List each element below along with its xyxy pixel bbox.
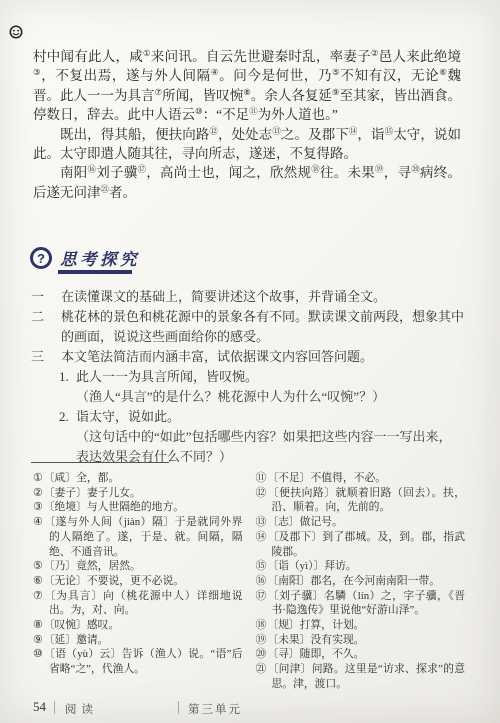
smiley-face-icon: [9, 25, 23, 39]
footnote-reference: ②: [371, 48, 379, 58]
lesson-paragraph: 南阳⑯刘子骥⑰，高尚士也，闻之，欣然规⑱往。未果⑲，寻⑳病终。后遂无问津㉑者。: [33, 163, 461, 202]
footnote-reference: ①: [143, 48, 151, 58]
footnote-reference: ⑥: [439, 67, 447, 77]
footnote-reference: ⑬: [272, 126, 281, 136]
footnote-number: ②: [33, 487, 44, 499]
footer-unit-label: 第三单元: [188, 701, 242, 717]
page-footer: 54 阅读 第三单元: [33, 698, 467, 716]
footnote-item: ⑯〔南阳〕郡名，在今河南南阳一带。: [256, 574, 466, 589]
title-underline: [58, 270, 132, 274]
footnote-item: ⑮〔诣（yì）〕拜访。: [256, 559, 466, 574]
footnote-reference: ⑤: [332, 67, 340, 77]
footnote-item: ⑲〔未果〕没有实现。: [256, 633, 466, 648]
footnote-reference: ⑪: [249, 106, 258, 116]
footnote-item: ⑤〔乃〕竟然，居然。: [33, 559, 243, 574]
footnote-number: ⑯: [256, 575, 268, 587]
sub-question-hint: （这句话中的“如此”包括哪些内容？如果把这些内容一一写出来，表达效果会有什么不同…: [76, 427, 464, 467]
footnote-number: ⑱: [256, 619, 268, 631]
lesson-paragraph: 既出，得其船，便扶向路⑫，处处志⑬之。及郡下⑭，诣⑮太守，说如此。太守即遣人随其…: [33, 125, 461, 164]
footnote-number: ①: [33, 472, 44, 484]
smiley-face-icon: [9, 25, 23, 39]
footnote-item: ⑭〔及郡下〕到了郡城。及，到。郡，指武陵郡。: [256, 530, 466, 559]
footnote-reference: ⑲: [375, 164, 384, 174]
footnote-number: ⑮: [256, 560, 268, 572]
footnote-item: ⑬〔志〕做记号。: [256, 515, 466, 530]
footnote-reference: ⑱: [311, 164, 320, 174]
footnote-number: ㉑: [256, 663, 268, 675]
question-item: 二桃花林的景色和桃花源中的景象各有不同。默读课文前两段，想象其中的画面，说说这些…: [30, 307, 464, 347]
footnote-reference: ⑯: [88, 164, 97, 174]
footnote-number: ⑧: [33, 619, 44, 631]
question-marker: 二: [31, 307, 45, 327]
footnote-number: ⑪: [256, 472, 268, 484]
footnote-item: ⑥〔无论〕不要说，更不必说。: [33, 574, 243, 589]
footnote-item: ⑦〔为具言〕向（桃花源中人）详细地说出。为，对、向。: [33, 589, 243, 618]
lesson-paragraph: 村中闻有此人，咸①来问讯。自云先世避秦时乱，率妻子②邑人来此绝境③，不复出焉，遂…: [33, 47, 461, 125]
footnote-number: ⑦: [33, 590, 45, 602]
footnote-reference: ㉑: [101, 184, 110, 194]
footnote-reference: ④: [211, 67, 219, 77]
page-number: 54: [33, 699, 46, 715]
footnote-reference: ⑧: [243, 87, 251, 97]
footnote-reference: ⑭: [349, 126, 358, 136]
question-list: 一在读懂课文的基础上，简要讲述这个故事，并背诵全文。二桃花林的景色和桃花源中的景…: [30, 287, 464, 467]
explore-section-title: 思考探究: [60, 246, 140, 270]
footnote-number: ⑤: [33, 560, 44, 572]
sub-question-text: 诣太守，说如此。: [76, 409, 180, 424]
footnote-item: ②〔妻子〕妻子儿女。: [33, 486, 243, 501]
question-text: 本文笔法简洁而内涵丰富，试依据课文内容回答问题。: [61, 349, 373, 364]
footnote-item: ⑩〔语（yù）云〕告诉（渔人）说。“语”后省略“之”，代渔人。: [33, 647, 243, 676]
footnote-item: ⑪〔不足〕不值得，不必。: [256, 471, 466, 486]
footnote-item: ①〔咸〕全，都。: [33, 471, 243, 486]
question-marker: 一: [31, 287, 45, 307]
footnote-number: ⑬: [256, 516, 268, 528]
footnote-reference: ⑳: [411, 164, 420, 174]
question-text: 在读懂课文的基础上，简要讲述这个故事，并背诵全文。: [61, 289, 386, 304]
footnote-item: ㉑〔问津〕问路。这里是“访求、探求”的意思。津，渡口。: [256, 662, 466, 691]
footnote-item: ③〔绝境〕与人世隔绝的地方。: [33, 500, 243, 515]
footnote-item: ⑫〔便扶向路〕就顺着旧路（回去）。扶，沿、顺着。向，先前的。: [256, 486, 466, 515]
footnote-item: ⑰〔刘子骥〕名驎（lín）之，字子骥，《晋书·隐逸传》里说他“好游山泽”。: [256, 589, 466, 618]
footer-section-label: 阅读: [65, 701, 98, 717]
sub-question-item: 1.此人一一为具言所闻，皆叹惋。（渔人“具言”的是什么？桃花源中人为什么“叹惋”…: [59, 367, 464, 407]
footnote-number: ⑫: [256, 487, 268, 499]
footnote-item: ④〔遂与外人间（jiàn）隔〕于是就同外界的人隔绝了。遂，于是、就。间隔，隔绝、…: [33, 515, 243, 559]
question-item: 一在读懂课文的基础上，简要讲述这个故事，并背诵全文。: [30, 287, 464, 307]
question-text: 桃花林的景色和桃花源中的景象各有不同。默读课文前两段，想象其中的画面，说说这些画…: [61, 309, 464, 344]
footnote-reference: ③: [33, 67, 41, 77]
footnote-number: ④: [33, 516, 44, 528]
sub-question-text: 此人一一为具言所闻，皆叹惋。: [76, 369, 258, 384]
footnote-number: ⑰: [256, 590, 268, 602]
footnote-item: ⑳〔寻〕随即，不久。: [256, 647, 466, 662]
footnote-number: ③: [33, 501, 44, 513]
footnote-item: ⑱〔规〕打算，计划。: [256, 618, 466, 633]
footnotes-right-column: ⑪〔不足〕不值得，不必。⑫〔便扶向路〕就顺着旧路（回去）。扶，沿、顺着。向，先前…: [256, 471, 466, 692]
question-marker: 三: [31, 347, 45, 367]
footnote-reference: ⑨: [332, 87, 340, 97]
footnote-number: ⑭: [256, 531, 268, 543]
footnote-reference: ⑮: [385, 126, 394, 136]
footnote-number: ⑳: [256, 648, 268, 660]
footnote-reference: ⑫: [209, 126, 218, 136]
footnotes-left-column: ①〔咸〕全，都。②〔妻子〕妻子儿女。③〔绝境〕与人世隔绝的地方。④〔遂与外人间（…: [33, 471, 243, 692]
footnote-reference: ⑩: [195, 106, 203, 116]
footnote-item: ⑨〔延〕邀请。: [33, 633, 243, 648]
question-item: 三本文笔法简洁而内涵丰富，试依据课文内容回答问题。: [30, 347, 464, 367]
lesson-text: 村中闻有此人，咸①来问讯。自云先世避秦时乱，率妻子②邑人来此绝境③，不复出焉，遂…: [33, 47, 461, 202]
footnote-number: ⑥: [33, 575, 44, 587]
footnote-reference: ⑦: [155, 87, 163, 97]
sub-question-item: 2.诣太守，说如此。（这句话中的“如此”包括哪些内容？如果把这些内容一一写出来，…: [59, 407, 464, 467]
footnote-number: ⑲: [256, 634, 268, 646]
question-mark-circle-icon: ?: [30, 247, 52, 269]
footnote-item: ⑧〔叹惋〕感叹。: [33, 618, 243, 633]
footer-divider: [54, 701, 55, 714]
footnote-reference: ⑰: [138, 164, 147, 174]
sub-question-hint: （渔人“具言”的是什么？桃花源中人为什么“叹惋”？）: [76, 387, 464, 407]
footnotes-section: ①〔咸〕全，都。②〔妻子〕妻子儿女。③〔绝境〕与人世隔绝的地方。④〔遂与外人间（…: [33, 471, 465, 692]
footer-divider: [178, 701, 179, 714]
footnote-number: ⑨: [33, 634, 44, 646]
footnote-separator-line: [31, 462, 169, 463]
footnote-number: ⑩: [33, 648, 44, 660]
sub-question-marker: 2.: [59, 407, 69, 427]
textbook-page: 村中闻有此人，咸①来问讯。自云先世避秦时乱，率妻子②邑人来此绝境③，不复出焉，遂…: [0, 0, 500, 723]
sub-question-marker: 1.: [59, 367, 69, 387]
